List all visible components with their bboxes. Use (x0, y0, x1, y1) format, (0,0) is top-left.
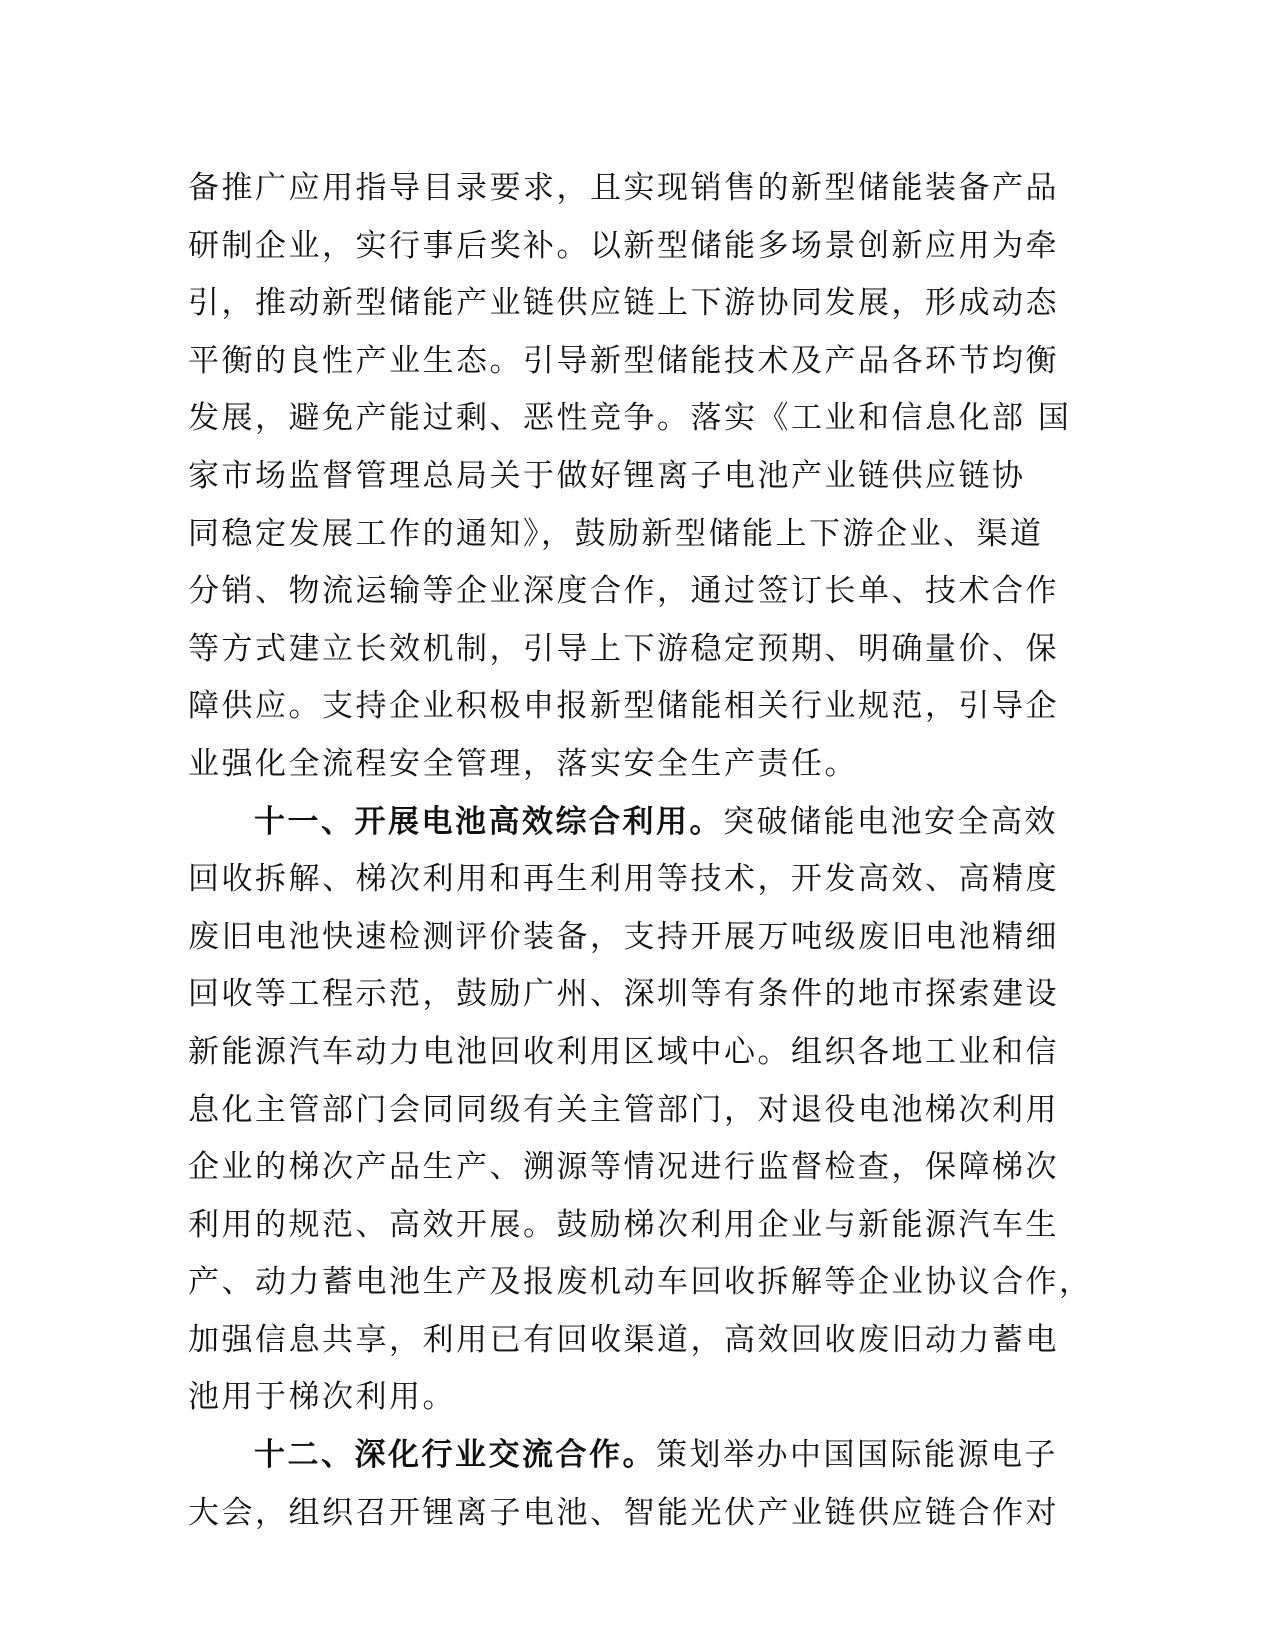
text-line: 平衡的良性产业生态。引导新型储能技术及产品各环节均衡 (188, 333, 1068, 391)
text-line: 企业的梯次产品生产、溯源等情况进行监督检查，保障梯次 (188, 1139, 1068, 1197)
text-line: 大会，组织召开锂离子电池、智能光伏产业链供应链合作对 (188, 1485, 1068, 1543)
text-line: 同稳定发展工作的通知》，鼓励新型储能上下游企业、渠道 (188, 506, 1068, 564)
text-line: 回收拆解、梯次利用和再生利用等技术，开发高效、高精度 (188, 851, 1068, 909)
section-11: 十一、开展电池高效综合利用。突破储能电池安全高效 回收拆解、梯次利用和再生利用等… (188, 794, 1068, 1428)
text-line: 引，推动新型储能产业链供应链上下游协同发展，形成动态 (188, 275, 1068, 333)
section-first-line-text: 突破储能电池安全高效 (723, 804, 1058, 840)
text-line: 分销、物流运输等企业深度合作，通过签订长单、技术合作 (188, 563, 1068, 621)
text-line: 备推广应用指导目录要求，且实现销售的新型储能装备产品 (188, 160, 1068, 218)
paragraph-continuation: 备推广应用指导目录要求，且实现销售的新型储能装备产品 研制企业，实行事后奖补。以… (188, 160, 1068, 794)
text-line: 回收等工程示范，鼓励广州、深圳等有条件的地市探索建设 (188, 966, 1068, 1024)
text-line: 加强信息共享，利用已有回收渠道，高效回收废旧动力蓄电 (188, 1312, 1068, 1370)
text-line: 新能源汽车动力电池回收利用区域中心。组织各地工业和信 (188, 1024, 1068, 1082)
text-line: 业强化全流程安全管理，落实安全生产责任。 (188, 736, 1068, 794)
text-line: 利用的规范、高效开展。鼓励梯次利用企业与新能源汽车生 (188, 1197, 1068, 1255)
section-first-line-text: 策划举办中国国际能源电子 (656, 1437, 1058, 1473)
text-line: 研制企业，实行事后奖补。以新型储能多场景创新应用为牵 (188, 218, 1068, 276)
text-line: 等方式建立长效机制，引导上下游稳定预期、明确量价、保 (188, 621, 1068, 679)
text-line: 障供应。支持企业积极申报新型储能相关行业规范，引导企 (188, 678, 1068, 736)
section-heading: 十二、深化行业交流合作。 (254, 1437, 656, 1473)
text-line: 息化主管部门会同同级有关主管部门，对退役电池梯次利用 (188, 1082, 1068, 1140)
section-first-line: 十一、开展电池高效综合利用。突破储能电池安全高效 (188, 794, 1068, 852)
text-line: 发展，避免产能过剩、恶性竞争。落实《工业和信息化部 国 (188, 390, 1068, 448)
text-line: 池用于梯次利用。 (188, 1369, 1068, 1427)
text-line: 产、动力蓄电池生产及报废机动车回收拆解等企业协议合作， (188, 1254, 1068, 1312)
section-12: 十二、深化行业交流合作。策划举办中国国际能源电子 大会，组织召开锂离子电池、智能… (188, 1427, 1068, 1542)
text-line: 家市场监督管理总局关于做好锂离子电池产业链供应链协 (188, 448, 1068, 506)
document-body: 备推广应用指导目录要求，且实现销售的新型储能装备产品 研制企业，实行事后奖补。以… (188, 160, 1068, 1542)
section-heading: 十一、开展电池高效综合利用。 (254, 804, 723, 840)
section-first-line: 十二、深化行业交流合作。策划举办中国国际能源电子 (188, 1427, 1068, 1485)
document-page: 备推广应用指导目录要求，且实现销售的新型储能装备产品 研制企业，实行事后奖补。以… (0, 0, 1280, 1625)
text-line: 废旧电池快速检测评价装备，支持开展万吨级废旧电池精细 (188, 909, 1068, 967)
